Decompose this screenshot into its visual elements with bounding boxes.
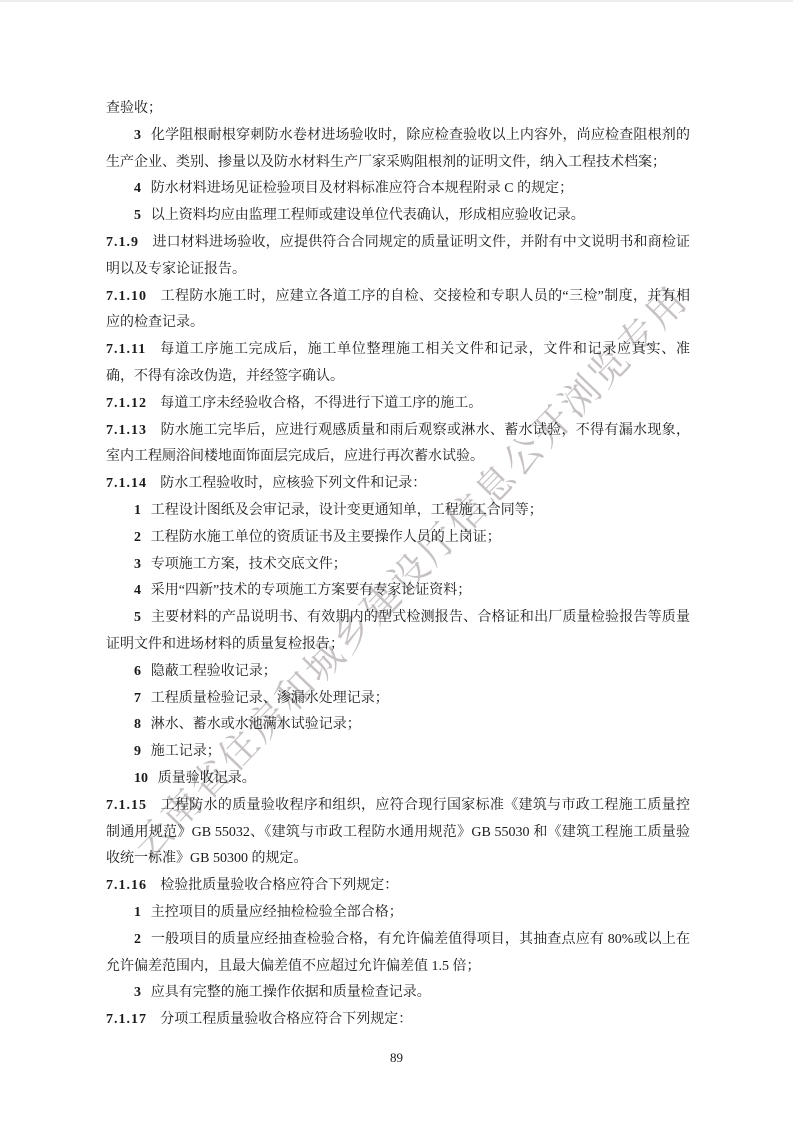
paragraph-text: 淋水、蓄水或水池满水试验记录； — [151, 717, 361, 732]
item-number: 9 — [134, 744, 141, 759]
paragraph-text: 工程防水施工单位的资质证书及主要操作人员的上岗证； — [151, 530, 501, 545]
clause-paragraph: 7.1.9进口材料进场验收，应提供符合合同规定的质量证明文件，并附有中文说明书和… — [106, 230, 690, 284]
item-number: 2 — [134, 932, 141, 947]
page-number: 89 — [0, 1050, 793, 1066]
item-number: 10 — [134, 771, 148, 786]
list-item-paragraph: 7工程质量检验记录、渗漏水处理记录； — [106, 686, 690, 713]
paragraph-text: 施工记录； — [151, 744, 221, 759]
paragraph-text: 以上资料均应由监理工程师或建设单位代表确认，形成相应验收记录。 — [151, 208, 585, 223]
clause-paragraph: 7.1.15工程防水的质量验收程序和组织，应符合现行国家标准《建筑与市政工程施工… — [106, 793, 690, 873]
continuation-paragraph: 查验收； — [106, 96, 690, 123]
list-item-paragraph: 3化学阻根耐根穿刺防水卷材进场验收时，除应检查验收以上内容外，尚应检查阻根剂的生… — [106, 123, 690, 177]
item-number: 3 — [134, 557, 141, 572]
list-item-paragraph: 2工程防水施工单位的资质证书及主要操作人员的上岗证； — [106, 525, 690, 552]
item-number: 4 — [134, 583, 141, 598]
paragraph-text: 进口材料进场验收，应提供符合合同规定的质量证明文件，并附有中文说明书和商检证明以… — [106, 235, 690, 277]
item-number: 6 — [134, 664, 141, 679]
clause-number: 7.1.11 — [106, 342, 146, 357]
paragraph-text: 一般项目的质量应经抽查检验合格，有允许偏差值得项目，其抽查点应有 80%或以上在… — [106, 932, 690, 974]
clause-number: 7.1.13 — [106, 423, 147, 438]
item-number: 1 — [134, 503, 141, 518]
list-item-paragraph: 10质量验收记录。 — [106, 766, 690, 793]
clause-number: 7.1.10 — [106, 289, 147, 304]
list-item-paragraph: 3专项施工方案，技术交底文件； — [106, 552, 690, 579]
paragraph-text: 检验批质量验收合格应符合下列规定： — [160, 878, 398, 893]
clause-number: 7.1.17 — [106, 1012, 147, 1027]
paragraph-text: 工程质量检验记录、渗漏水处理记录； — [151, 691, 389, 706]
item-number: 3 — [134, 128, 141, 143]
paragraph-text: 每道工序未经验收合格，不得进行下道工序的施工。 — [160, 396, 482, 411]
list-item-paragraph: 8淋水、蓄水或水池满水试验记录； — [106, 712, 690, 739]
list-item-paragraph: 4防水材料进场见证检验项目及材料标准应符合本规程附录 C 的规定； — [106, 176, 690, 203]
list-item-paragraph: 2一般项目的质量应经抽查检验合格，有允许偏差值得项目，其抽查点应有 80%或以上… — [106, 927, 690, 981]
paragraph-text: 隐蔽工程验收记录； — [151, 664, 277, 679]
clause-paragraph: 7.1.11每道工序施工完成后，施工单位整理施工相关文件和记录，文件和记录应真实… — [106, 337, 690, 391]
document-content: 查验收；3化学阻根耐根穿刺防水卷材进场验收时，除应检查验收以上内容外，尚应检查阻… — [106, 96, 690, 1034]
item-number: 8 — [134, 717, 141, 732]
paragraph-text: 防水施工完毕后，应进行观感质量和雨后观察或淋水、蓄水试验，不得有漏水现象，室内工… — [106, 423, 690, 465]
clause-number: 7.1.9 — [106, 235, 139, 250]
item-number: 5 — [134, 208, 141, 223]
item-number: 4 — [134, 181, 141, 196]
item-number: 2 — [134, 530, 141, 545]
clause-paragraph: 7.1.12每道工序未经验收合格，不得进行下道工序的施工。 — [106, 391, 690, 418]
paragraph-text: 防水工程验收时，应核验下列文件和记录： — [160, 476, 426, 491]
paragraph-text: 主要材料的产品说明书、有效期内的型式检测报告、合格证和出厂质量检验报告等质量证明… — [106, 610, 690, 652]
paragraph-text: 工程防水的质量验收程序和组织，应符合现行国家标准《建筑与市政工程施工质量控制通用… — [106, 798, 690, 867]
list-item-paragraph: 4采用“四新”技术的专项施工方案要有专家论证资料； — [106, 578, 690, 605]
paragraph-text: 主控项目的质量应经抽检检验全部合格； — [151, 905, 403, 920]
paragraph-text: 质量验收记录。 — [158, 771, 256, 786]
clause-paragraph: 7.1.14防水工程验收时，应核验下列文件和记录： — [106, 471, 690, 498]
paragraph-text: 化学阻根耐根穿刺防水卷材进场验收时，除应检查验收以上内容外，尚应检查阻根剂的生产… — [106, 128, 690, 170]
paragraph-text: 工程防水施工时，应建立各道工序的自检、交接检和专职人员的“三检”制度，并有相应的… — [106, 289, 690, 331]
list-item-paragraph: 5以上资料均应由监理工程师或建设单位代表确认，形成相应验收记录。 — [106, 203, 690, 230]
clause-number: 7.1.15 — [106, 798, 147, 813]
list-item-paragraph: 1工程设计图纸及会审记录，设计变更通知单，工程施工合同等； — [106, 498, 690, 525]
paragraph-text: 采用“四新”技术的专项施工方案要有专家论证资料； — [151, 583, 471, 598]
paragraph-text: 专项施工方案，技术交底文件； — [151, 557, 347, 572]
document-page: 云南省住房和城乡建设厅信息公开浏览专用 查验收；3化学阻根耐根穿刺防水卷材进场验… — [0, 0, 793, 1122]
clause-paragraph: 7.1.10工程防水施工时，应建立各道工序的自检、交接检和专职人员的“三检”制度… — [106, 284, 690, 338]
list-item-paragraph: 5主要材料的产品说明书、有效期内的型式检测报告、合格证和出厂质量检验报告等质量证… — [106, 605, 690, 659]
list-item-paragraph: 1主控项目的质量应经抽检检验全部合格； — [106, 900, 690, 927]
paragraph-text: 查验收； — [106, 101, 162, 116]
paragraph-text: 应具有完整的施工操作依据和质量检查记录。 — [151, 985, 431, 1000]
clause-paragraph: 7.1.16检验批质量验收合格应符合下列规定： — [106, 873, 690, 900]
paragraph-text: 每道工序施工完成后，施工单位整理施工相关文件和记录，文件和记录应真实、准确，不得… — [106, 342, 690, 384]
list-item-paragraph: 6隐蔽工程验收记录； — [106, 659, 690, 686]
item-number: 5 — [134, 610, 141, 625]
clause-paragraph: 7.1.13防水施工完毕后，应进行观感质量和雨后观察或淋水、蓄水试验，不得有漏水… — [106, 418, 690, 472]
clause-number: 7.1.12 — [106, 396, 147, 411]
item-number: 3 — [134, 985, 141, 1000]
item-number: 7 — [134, 691, 141, 706]
paragraph-text: 防水材料进场见证检验项目及材料标准应符合本规程附录 C 的规定； — [151, 181, 573, 196]
item-number: 1 — [134, 905, 141, 920]
list-item-paragraph: 9施工记录； — [106, 739, 690, 766]
clause-number: 7.1.14 — [106, 476, 147, 491]
paragraph-text: 分项工程质量验收合格应符合下列规定： — [160, 1012, 412, 1027]
clause-number: 7.1.16 — [106, 878, 147, 893]
paragraph-text: 工程设计图纸及会审记录，设计变更通知单，工程施工合同等； — [151, 503, 543, 518]
list-item-paragraph: 3应具有完整的施工操作依据和质量检查记录。 — [106, 980, 690, 1007]
clause-paragraph: 7.1.17分项工程质量验收合格应符合下列规定： — [106, 1007, 690, 1034]
